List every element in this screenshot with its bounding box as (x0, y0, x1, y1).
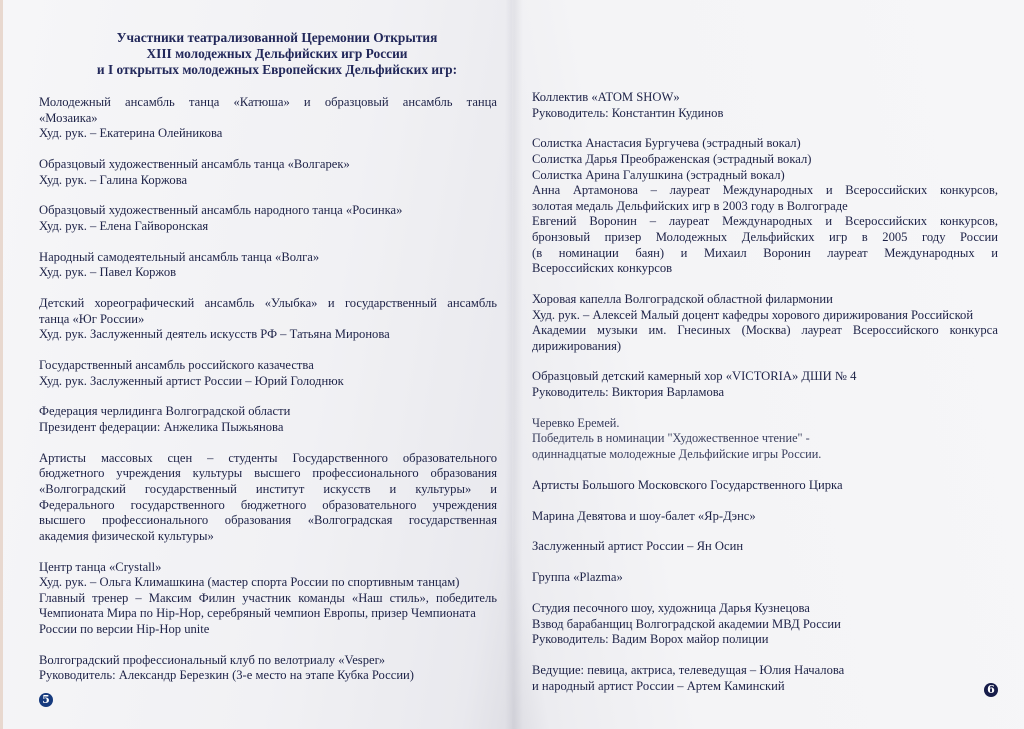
entry-detail: Победитель в номинации "Художественное ч… (532, 431, 998, 447)
participant-entry: Коллектив «ATOM SHOW»Руководитель: Конст… (532, 90, 998, 121)
entry-detail: Главный тренер – Максим Филин участник к… (39, 591, 497, 607)
participant-entry: Образцовый художественный ансамбль танца… (39, 157, 497, 188)
entry-detail: одиннадцатые молодежные Дельфийские игры… (532, 447, 998, 463)
title-line: и I открытых молодежных Европейских Дель… (43, 62, 511, 78)
entry-title: Хоровая капелла Волгоградской областной … (532, 292, 998, 308)
entry-title: Студия песочного шоу, художница Дарья Ку… (532, 601, 998, 617)
entry-title: Детский хореографический ансамбль «Улыбк… (39, 296, 497, 312)
entry-detail: Худ. рук. Заслуженный артист России – Юр… (39, 374, 497, 390)
entry-detail: академия физической культуры» (39, 529, 497, 545)
entry-title: Центр танца «Crystall» (39, 560, 497, 576)
page-title: Участники театрализованной Церемонии Отк… (43, 30, 511, 78)
entry-detail: Академии музыки им. Гнесиных (Москва) ла… (532, 323, 998, 339)
participant-entry: Образцовый детский камерный хор «VICTORI… (532, 369, 998, 400)
entry-detail: Анна Артамонова – лауреат Международных … (532, 183, 998, 199)
participant-entry: Черевко Еремей.Победитель в номинации "Х… (532, 416, 998, 463)
participant-entry: Хоровая капелла Волгоградской областной … (532, 292, 998, 354)
entry-detail: Солистка Арина Галушкина (эстрадный вока… (532, 168, 998, 184)
participant-entry: Центр танца «Crystall»Худ. рук. – Ольга … (39, 560, 497, 638)
entry-detail: бронзовый призер Молодежных Дельфийских … (532, 230, 998, 246)
entry-detail: дирижирования) (532, 339, 998, 355)
participant-entry: Волгоградский профессиональный клуб по в… (39, 653, 497, 684)
title-line: Участники театрализованной Церемонии Отк… (43, 30, 511, 46)
participant-entry: Студия песочного шоу, художница Дарья Ку… (532, 601, 998, 648)
entry-detail: Худ. рук. – Галина Коржова (39, 173, 497, 189)
participant-entry: Образцовый художественный ансамбль народ… (39, 203, 497, 234)
entry-detail: бюджетного учреждения культуры высшего п… (39, 466, 497, 482)
entry-title: Коллектив «ATOM SHOW» (532, 90, 998, 106)
entry-detail: «Мозаика» (39, 111, 497, 127)
participant-entry: Народный самодеятельный ансамбль танца «… (39, 250, 497, 281)
participants-list-left: Молодежный ансамбль танца «Катюша» и обр… (39, 95, 497, 699)
entry-detail: и народный артист России – Артем Каминск… (532, 679, 998, 695)
participant-entry: Артисты массовых сцен – студенты Государ… (39, 451, 497, 545)
entry-title: Заслуженный артист России – Ян Осин (532, 539, 998, 555)
entry-detail: Федерального государственного бюджетного… (39, 498, 497, 514)
entry-detail: (в номинации баян) и Михаил Воронин лаур… (532, 246, 998, 262)
participant-entry: Марина Девятова и шоу-балет «Яр-Дэнс» (532, 509, 998, 525)
entry-detail: Евгений Воронин – лауреат Международных … (532, 214, 998, 230)
entry-detail: Руководитель: Константин Кудинов (532, 106, 998, 122)
entry-title: Образцовый художественный ансамбль танца… (39, 157, 497, 173)
entry-detail: Худ. рук. Заслуженный деятель искусств Р… (39, 327, 497, 343)
entry-title: Группа «Plazma» (532, 570, 998, 586)
page-right: Коллектив «ATOM SHOW»Руководитель: Конст… (512, 0, 1024, 729)
entry-title: Волгоградский профессиональный клуб по в… (39, 653, 497, 669)
entry-title: Солистка Анастасия Бургучева (эстрадный … (532, 136, 998, 152)
participants-list-right: Коллектив «ATOM SHOW»Руководитель: Конст… (532, 90, 998, 709)
participant-entry: Федерация черлидинга Волгоградской облас… (39, 404, 497, 435)
entry-title: Марина Девятова и шоу-балет «Яр-Дэнс» (532, 509, 998, 525)
entry-detail: Худ. рук. – Павел Коржов (39, 265, 497, 281)
title-line: XIII молодежных Дельфийских игр России (43, 46, 511, 62)
entry-detail: Взвод барабанщиц Волгоградской академии … (532, 617, 998, 633)
entry-detail: «Волгоградский государственный институт … (39, 482, 497, 498)
page-left: Участники театрализованной Церемонии Отк… (0, 0, 512, 729)
entry-detail: золотая медаль Дельфийских игр в 2003 го… (532, 199, 998, 215)
participant-entry: Детский хореографический ансамбль «Улыбк… (39, 296, 497, 343)
entry-detail: Чемпионата Мира по Hip-Hop, серебряный ч… (39, 606, 497, 622)
participant-entry: Молодежный ансамбль танца «Катюша» и обр… (39, 95, 497, 142)
entry-title: Артисты массовых сцен – студенты Государ… (39, 451, 497, 467)
entry-detail: Худ. рук. – Елена Гайворонская (39, 219, 497, 235)
entry-title: Артисты Большого Московского Государстве… (532, 478, 998, 494)
entry-detail: Президент федерации: Анжелика Пыжьянова (39, 420, 497, 436)
entry-detail: Худ. рук. – Екатерина Олейникова (39, 126, 497, 142)
entry-title: Народный самодеятельный ансамбль танца «… (39, 250, 497, 266)
entry-detail: России по версии Hip-Hop unite (39, 622, 497, 638)
participant-entry: Артисты Большого Московского Государстве… (532, 478, 998, 494)
entry-detail: Худ. рук. – Алексей Малый доцент кафедры… (532, 308, 998, 324)
entry-detail: Всероссийских конкурсов (532, 261, 998, 277)
participant-entry: Солистка Анастасия Бургучева (эстрадный … (532, 136, 998, 276)
page-number-badge: 6 (984, 683, 998, 697)
participant-entry: Государственный ансамбль российского каз… (39, 358, 497, 389)
entry-detail: высшего профессионального образования «В… (39, 513, 497, 529)
entry-title: Государственный ансамбль российского каз… (39, 358, 497, 374)
entry-title: Черевко Еремей. (532, 416, 998, 432)
entry-detail: танца «Юг России» (39, 312, 497, 328)
entry-title: Федерация черлидинга Волгоградской облас… (39, 404, 497, 420)
entry-title: Ведущие: певица, актриса, телеведущая – … (532, 663, 998, 679)
entry-title: Образцовый детский камерный хор «VICTORI… (532, 369, 998, 385)
entry-detail: Руководитель: Виктория Варламова (532, 385, 998, 401)
entry-detail: Солистка Дарья Преображенская (эстрадный… (532, 152, 998, 168)
entry-detail: Руководитель: Вадим Ворох майор полиции (532, 632, 998, 648)
entry-title: Молодежный ансамбль танца «Катюша» и обр… (39, 95, 497, 111)
participant-entry: Заслуженный артист России – Ян Осин (532, 539, 998, 555)
entry-title: Образцовый художественный ансамбль народ… (39, 203, 497, 219)
participant-entry: Группа «Plazma» (532, 570, 998, 586)
booklet-spread: Участники театрализованной Церемонии Отк… (0, 0, 1024, 729)
entry-detail: Худ. рук. – Ольга Климашкина (мастер спо… (39, 575, 497, 591)
participant-entry: Ведущие: певица, актриса, телеведущая – … (532, 663, 998, 694)
entry-detail: Руководитель: Александр Березкин (3-е ме… (39, 668, 497, 684)
page-number-badge: 5 (39, 693, 53, 707)
